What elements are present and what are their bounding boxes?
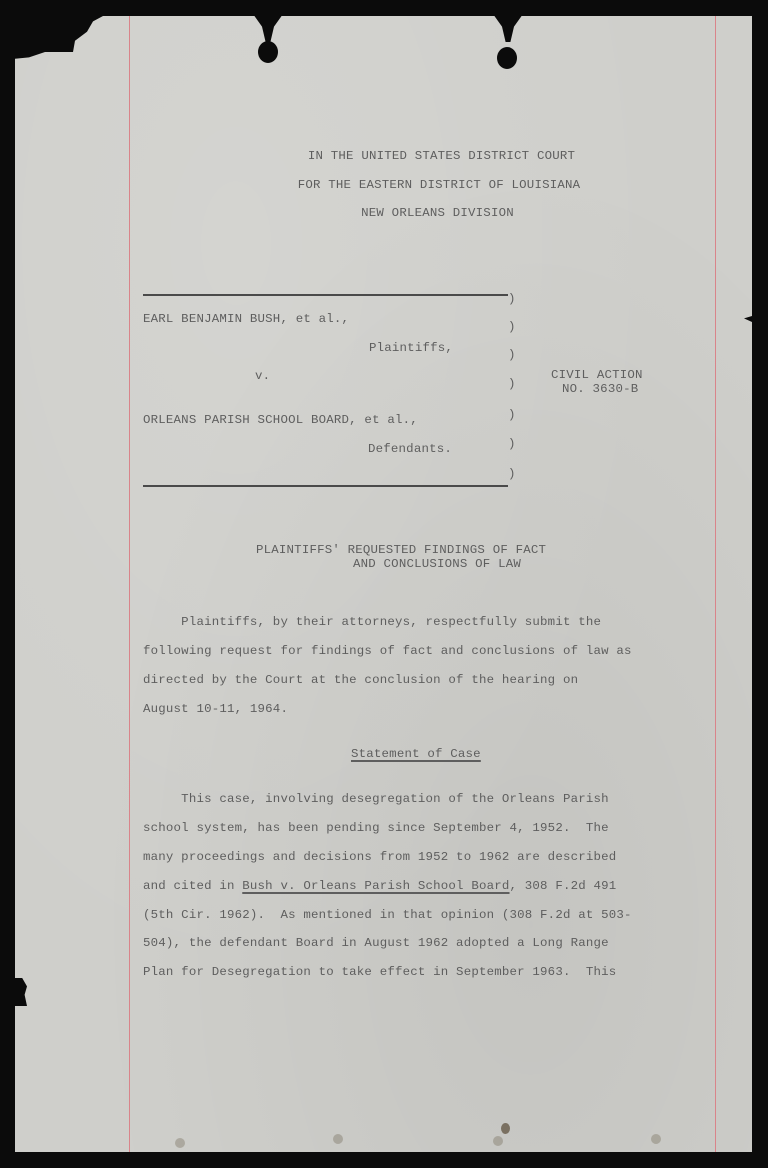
statement-text: and cited in [143,879,242,893]
stain [651,1134,661,1144]
plaintiff-name: EARL BENJAMIN BUSH, et al., [143,312,349,326]
statement-line: school system, has been pending since Se… [143,821,609,835]
case-type: CIVIL ACTION [551,368,643,382]
intro-line: directed by the Court at the conclusion … [143,673,578,687]
case-citation-name: Bush v. Orleans Parish School Board [242,879,509,893]
statement-line: 504), the defendant Board in August 1962… [143,936,609,950]
intro-line: following request for findings of fact a… [143,644,632,658]
caption-paren: ) [508,292,515,306]
statement-line: (5th Cir. 1962). As mentioned in that op… [143,908,632,922]
versus-label: v. [255,369,270,383]
stain [493,1136,503,1146]
ink-spot [501,1123,510,1134]
punch-hole-left [258,41,278,63]
caption-bottom-rule [143,485,508,487]
caption-paren: ) [508,467,515,481]
intro-line: August 10-11, 1964. [143,702,288,716]
document-title-line-2: AND CONCLUSIONS OF LAW [353,557,521,571]
statement-line: This case, involving desegregation of th… [143,792,609,806]
court-header-line-2: FOR THE EASTERN DISTRICT OF LOUISIANA [15,178,768,192]
stain [333,1134,343,1144]
defendant-name: ORLEANS PARISH SCHOOL BOARD, et al., [143,413,418,427]
intro-line: Plaintiffs, by their attorneys, respectf… [143,615,601,629]
case-number: NO. 3630-B [562,382,638,396]
caption-top-rule [143,294,508,296]
caption-paren: ) [508,408,515,422]
defendant-role: Defendants. [368,442,452,456]
scanned-document: IN THE UNITED STATES DISTRICT COURT FOR … [0,0,768,1168]
punch-hole-tear-right [493,14,523,42]
plaintiff-role: Plaintiffs, [369,341,453,355]
statement-line: and cited in Bush v. Orleans Parish Scho… [143,879,616,893]
document-title-line-1: PLAINTIFFS' REQUESTED FINDINGS OF FACT [256,543,546,557]
court-header-line-3: NEW ORLEANS DIVISION [15,206,768,220]
stain [175,1138,185,1148]
section-heading: Statement of Case [351,747,481,761]
punch-hole-tear-left [253,14,283,42]
caption-paren: ) [508,320,515,334]
court-header-line-1: IN THE UNITED STATES DISTRICT COURT [15,149,768,163]
punch-hole-right [497,47,517,69]
caption-paren: ) [508,437,515,451]
paper-page: IN THE UNITED STATES DISTRICT COURT FOR … [15,16,752,1152]
statement-line: many proceedings and decisions from 1952… [143,850,616,864]
torn-corner [15,16,115,61]
statement-text: , 308 F.2d 491 [510,879,617,893]
caption-paren: ) [508,377,515,391]
torn-edge-notch [15,978,27,1006]
statement-line: Plan for Desegregation to take effect in… [143,965,616,979]
caption-paren: ) [508,348,515,362]
torn-edge-nick [744,316,752,322]
